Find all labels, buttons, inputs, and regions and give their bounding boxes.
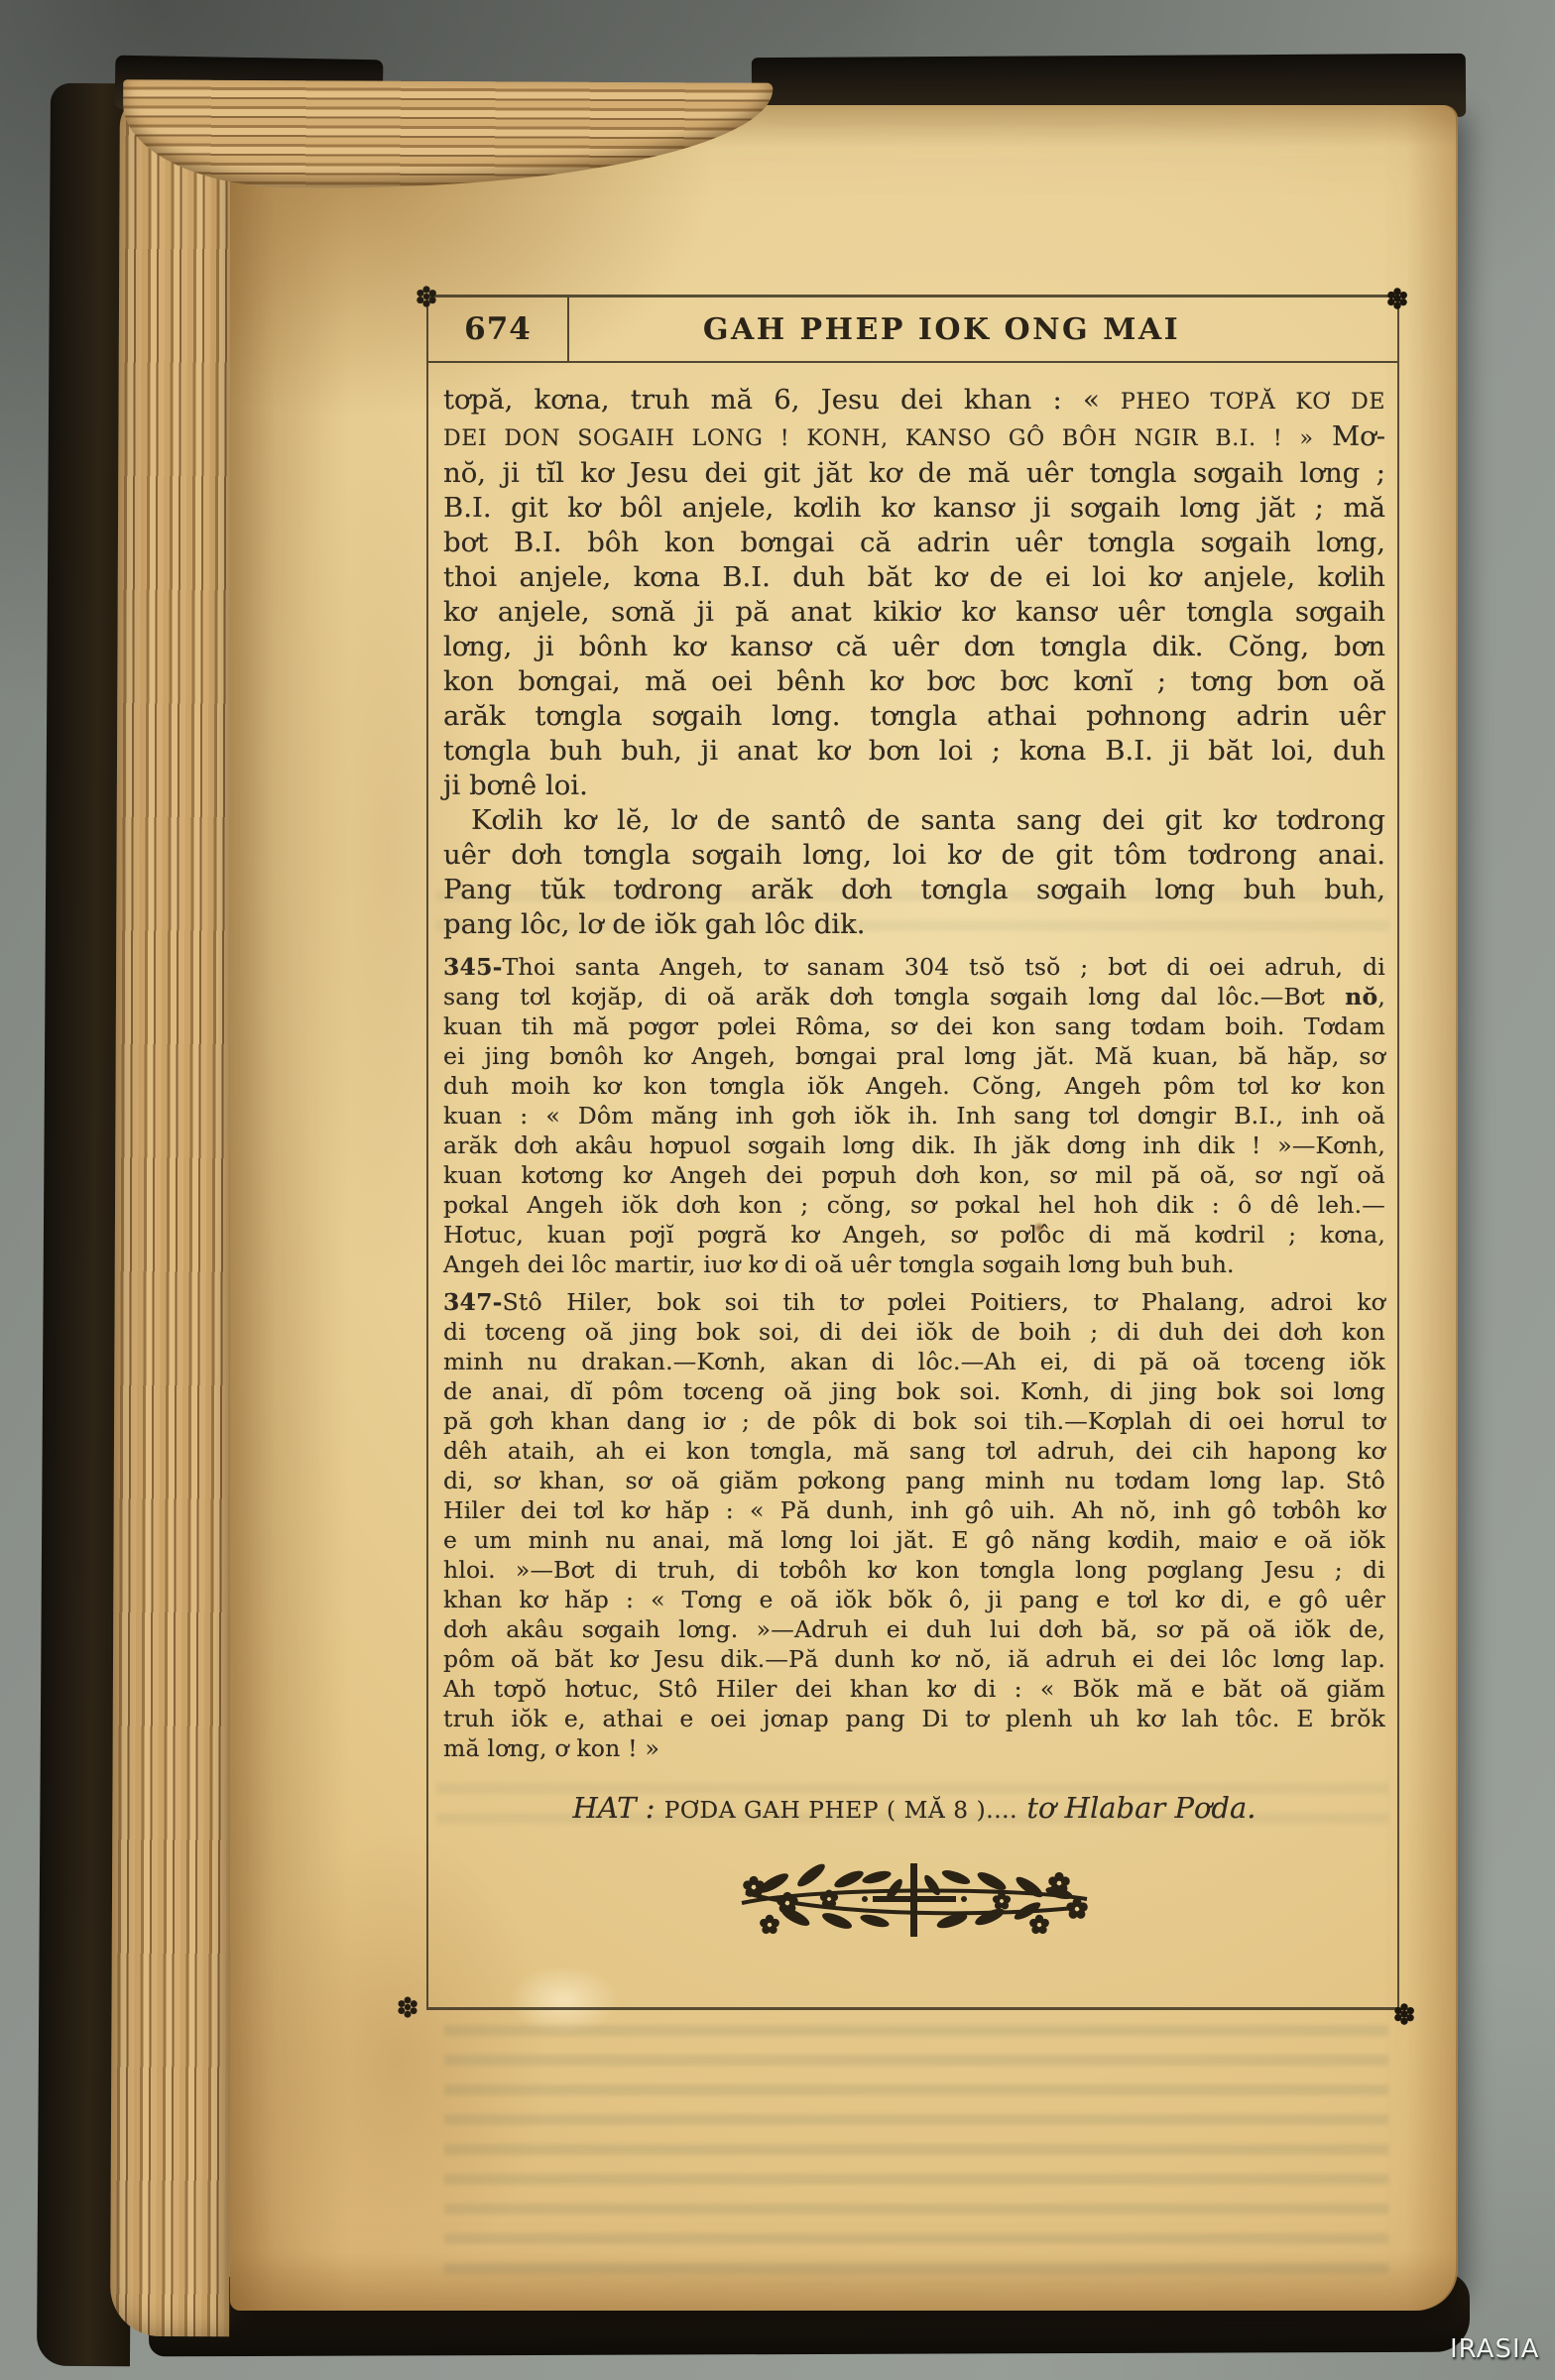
page-stack-left-edge	[110, 93, 239, 2337]
text-line: pôm oă băt kơ Jesu dik.—Pă dunh kơ nŏ, i…	[443, 1644, 1385, 1674]
floral-asterisk-icon	[1391, 2001, 1417, 2027]
text-line: HAT : PƠDA GAH PHEP ( MĂ 8 ).... tơ Hlab…	[443, 1789, 1385, 1830]
text-line: hloi. »—Bơt di truh, di tơbôh kơ kon tơn…	[443, 1555, 1385, 1585]
floral-asterisk-icon	[414, 284, 439, 309]
text-line: truh iŏk e, athai e oei jơnap pang Di tơ…	[443, 1704, 1385, 1733]
text-line: 347-Stô Hiler, bok soi tih tơ pơlei Poit…	[443, 1287, 1385, 1317]
text-line: kuan kơtơng kơ Angeh dei pơpuh dơh kon, …	[443, 1160, 1385, 1190]
text-line: pă gơh khan dang iơ ; de pôk di bok soi …	[443, 1406, 1385, 1436]
text-line: e um minh nu anai, mă lơng loi jăt. E gô…	[443, 1525, 1385, 1555]
text-line: dêh ataih, ah ei kon tơngla, mă sang tơl…	[443, 1436, 1385, 1466]
text-line: Ah tơpŏ hơtuc, Stô Hiler dei khan kơ di …	[443, 1674, 1385, 1704]
text-line: duh moih kơ kon tơngla iŏk Angeh. Cŏng, …	[443, 1071, 1385, 1101]
text-line: Pang tŭk tơdrong arăk dơh tơngla sơgaih …	[443, 873, 1385, 907]
running-title: GAH PHEP IOK ONG MAI	[569, 312, 1397, 347]
text-line: Hiler dei tơl kơ hăp : « Pă dunh, inh gô…	[443, 1495, 1385, 1525]
floral-asterisk-icon	[395, 1994, 420, 2020]
text-line: de anai, dĭ pôm tơceng oă jing bok soi. …	[443, 1376, 1385, 1406]
section-345: 345-Thoi santa Angeh, tơ sanam 304 tsŏ t…	[443, 952, 1385, 1279]
text-line: Angeh dei lôc martir, iuơ kơ di oă uêr t…	[443, 1249, 1385, 1279]
text-line: nŏ, ji tĭl kơ Jesu dei git jăt kơ de mă …	[443, 456, 1385, 491]
page-number: 674	[428, 311, 567, 347]
scanned-book-photo: 674 GAH PHEP IOK ONG MAI tơpă, kơna, tru…	[0, 0, 1555, 2380]
text-line: arăk tơngla sơgaih lơng. tơngla athai pơ…	[443, 699, 1385, 734]
text-line: kuan tih mă pơgơr pơlei Rôma, sơ dei kon…	[443, 1011, 1385, 1041]
text-line: pang lôc, lơ de iŏk gah lôc dik.	[443, 907, 1385, 942]
text-line: sang tơl kơjăp, di oă arăk dơh tơngla sơ…	[443, 982, 1385, 1011]
floral-branch-cross-ornament-icon	[726, 1859, 1103, 1943]
text-line: uêr dơh tơngla sơgaih lơng, loi kơ de gi…	[443, 838, 1385, 873]
text-line: di tơceng oă jing bok soi, di dei iŏk de…	[443, 1317, 1385, 1347]
text-line: minh nu drakan.—Kơnh, akan di lôc.—Ah ei…	[443, 1347, 1385, 1376]
text-line: Hơtuc, kuan pơjĭ pơgră kơ Angeh, sơ pơlô…	[443, 1220, 1385, 1249]
text-line: pơkal Angeh iŏk dơh kon ; cŏng, sơ pơkal…	[443, 1190, 1385, 1220]
text-line: di, sơ khan, sơ oă giăm pơkong pang minh…	[443, 1466, 1385, 1495]
text-line: mă lơng, ơ kon ! »	[443, 1733, 1385, 1763]
text-line: arăk dơh akâu hơpuol sơgaih lơng dik. Ih…	[443, 1130, 1385, 1160]
floral-asterisk-icon	[1384, 286, 1410, 311]
text-line: bơt B.I. bôh kon bơngai că adrin uêr tơn…	[443, 526, 1385, 560]
page-body: tơpă, kơna, truh mă 6, Jesu dei khan : «…	[428, 363, 1397, 1943]
text-line: kơ anjele, sơnă ji pă anat kikiơ kơ kans…	[443, 595, 1385, 630]
text-line: DEI DON SOGAIH LONG ! KONH, KANSO GÔ BÔH…	[443, 419, 1385, 456]
opening-paragraph: tơpă, kơna, truh mă 6, Jesu dei khan : «…	[443, 383, 1385, 803]
ink-bleedthrough	[444, 2025, 1388, 2275]
text-line: Kơlih kơ lĕ, lơ de santô de santa sang d…	[443, 803, 1385, 838]
page-frame: 674 GAH PHEP IOK ONG MAI tơpă, kơna, tru…	[426, 295, 1399, 2010]
watermark-label: IRASIA	[1450, 2334, 1539, 2364]
hat-instruction-line: HAT : PƠDA GAH PHEP ( MĂ 8 ).... tơ Hlab…	[443, 1789, 1385, 1830]
text-line: tơngla buh buh, ji anat kơ bơn loi ; kơn…	[443, 734, 1385, 769]
second-paragraph: Kơlih kơ lĕ, lơ de santô de santa sang d…	[443, 803, 1385, 942]
text-line: ei jing bơnôh kơ Angeh, bơngai pral lơng…	[443, 1041, 1385, 1071]
text-line: ji bơnê loi.	[443, 769, 1385, 803]
text-line: tơpă, kơna, truh mă 6, Jesu dei khan : «…	[443, 383, 1385, 419]
text-line: B.I. git kơ bôl anjele, kơlih kơ kansơ j…	[443, 491, 1385, 526]
book-page: 674 GAH PHEP IOK ONG MAI tơpă, kơna, tru…	[230, 105, 1458, 2311]
text-line: khan kơ hăp : « Tơng e oă iŏk bŏk ô, ji …	[443, 1585, 1385, 1614]
section-347: 347-Stô Hiler, bok soi tih tơ pơlei Poit…	[443, 1287, 1385, 1763]
text-line: lơng, ji bônh kơ kansơ că uêr dơn tơngla…	[443, 630, 1385, 664]
text-line: 345-Thoi santa Angeh, tơ sanam 304 tsŏ t…	[443, 952, 1385, 982]
text-line: dơh akâu sơgaih lơng. »—Adruh ei duh lui…	[443, 1614, 1385, 1644]
text-line: thoi anjele, kơna B.I. duh băt kơ de ei …	[443, 560, 1385, 595]
page-header: 674 GAH PHEP IOK ONG MAI	[428, 297, 1397, 363]
text-line: kuan : « Dôm măng inh gơh iŏk ih. Inh sa…	[443, 1101, 1385, 1130]
text-line: kon bơngai, mă oei bênh kơ bơc bơc kơnĭ …	[443, 664, 1385, 699]
